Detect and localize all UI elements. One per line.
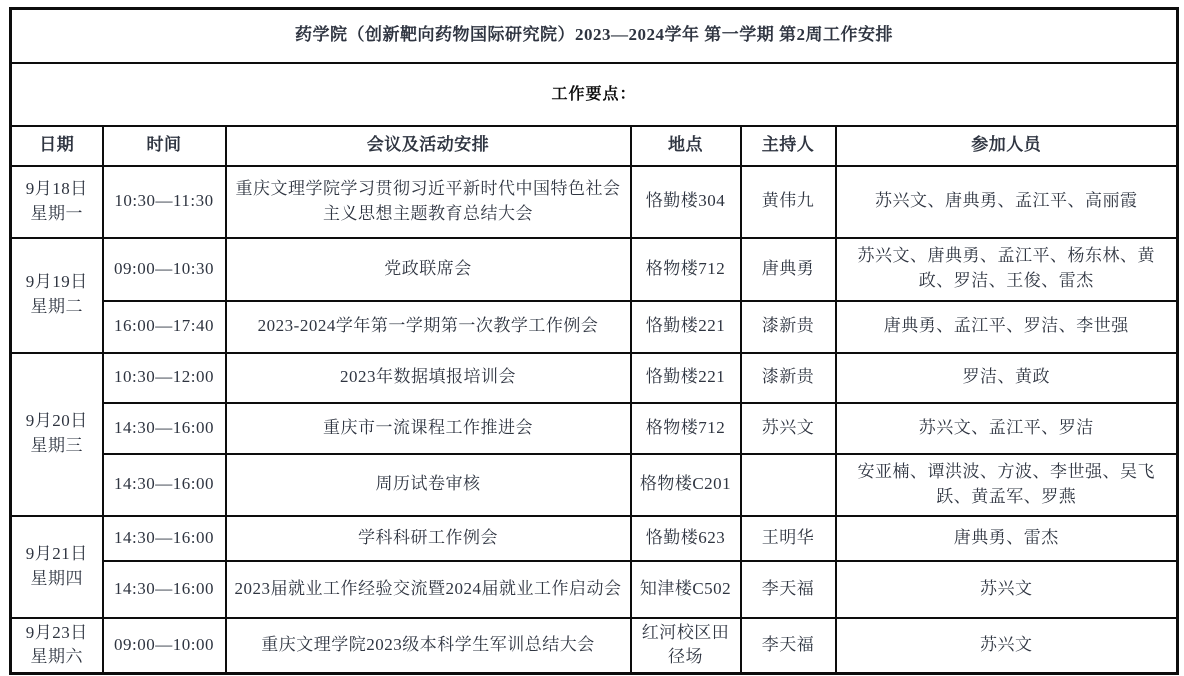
participants-cell: 苏兴文、唐典勇、孟江平、杨东林、黄政、罗洁、王俊、雷杰 bbox=[836, 238, 1178, 301]
host-cell: 唐典勇 bbox=[741, 238, 836, 301]
date-cell: 9月19日 星期二 bbox=[11, 238, 103, 353]
work-points-row: 工作要点： bbox=[11, 63, 1178, 126]
participants-cell: 苏兴文 bbox=[836, 561, 1178, 618]
meeting-cell: 周历试卷审核 bbox=[226, 454, 631, 516]
col-header-host: 主持人 bbox=[741, 126, 836, 166]
work-points-label: 工作要点： bbox=[552, 86, 637, 103]
participants-cell: 苏兴文、孟江平、罗洁 bbox=[836, 403, 1178, 454]
date-cell: 9月20日 星期三 bbox=[11, 353, 103, 516]
date-cell: 9月21日 星期四 bbox=[11, 516, 103, 618]
host-cell: 漆新贵 bbox=[741, 301, 836, 353]
meeting-cell: 2023届就业工作经验交流暨2024届就业工作启动会 bbox=[226, 561, 631, 618]
time-cell: 14:30—16:00 bbox=[103, 561, 226, 618]
time-cell: 14:30—16:00 bbox=[103, 454, 226, 516]
title-row: 药学院（创新靶向药物国际研究院）2023—2024学年 第一学期 第2周工作安排 bbox=[11, 9, 1178, 63]
table-row: 14:30—16:00 重庆市一流课程工作推进会 格物楼712 苏兴文 苏兴文、… bbox=[11, 403, 1178, 454]
time-cell: 10:30—11:30 bbox=[103, 166, 226, 238]
location-cell: 恪勤楼623 bbox=[631, 516, 741, 561]
participants-cell: 唐典勇、雷杰 bbox=[836, 516, 1178, 561]
time-cell: 09:00—10:00 bbox=[103, 618, 226, 674]
host-cell: 漆新贵 bbox=[741, 353, 836, 403]
col-header-meeting: 会议及活动安排 bbox=[226, 126, 631, 166]
table-row: 16:00—17:40 2023-2024学年第一学期第一次教学工作例会 恪勤楼… bbox=[11, 301, 1178, 353]
table-row: 9月23日 星期六 09:00—10:00 重庆文理学院2023级本科学生军训总… bbox=[11, 618, 1178, 674]
meeting-cell: 党政联席会 bbox=[226, 238, 631, 301]
host-cell bbox=[741, 454, 836, 516]
time-cell: 09:00—10:30 bbox=[103, 238, 226, 301]
location-cell: 恪勤楼221 bbox=[631, 353, 741, 403]
location-cell: 红河校区田径场 bbox=[631, 618, 741, 674]
table-row: 14:30—16:00 周历试卷审核 格物楼C201 安亚楠、谭洪波、方波、李世… bbox=[11, 454, 1178, 516]
date-cell: 9月23日 星期六 bbox=[11, 618, 103, 674]
schedule-table: 药学院（创新靶向药物国际研究院）2023—2024学年 第一学期 第2周工作安排… bbox=[9, 7, 1179, 675]
table-row: 9月20日 星期三 10:30—12:00 2023年数据填报培训会 恪勤楼22… bbox=[11, 353, 1178, 403]
meeting-cell: 学科科研工作例会 bbox=[226, 516, 631, 561]
table-row: 9月21日 星期四 14:30—16:00 学科科研工作例会 恪勤楼623 王明… bbox=[11, 516, 1178, 561]
location-cell: 恪勤楼221 bbox=[631, 301, 741, 353]
col-header-date: 日期 bbox=[11, 126, 103, 166]
meeting-cell: 重庆文理学院2023级本科学生军训总结大会 bbox=[226, 618, 631, 674]
participants-cell: 唐典勇、孟江平、罗洁、李世强 bbox=[836, 301, 1178, 353]
participants-cell: 苏兴文、唐典勇、孟江平、高丽霞 bbox=[836, 166, 1178, 238]
time-cell: 14:30—16:00 bbox=[103, 516, 226, 561]
participants-cell: 安亚楠、谭洪波、方波、李世强、吴飞跃、黄孟军、罗燕 bbox=[836, 454, 1178, 516]
time-cell: 14:30—16:00 bbox=[103, 403, 226, 454]
header-row: 日期 时间 会议及活动安排 地点 主持人 参加人员 bbox=[11, 126, 1178, 166]
meeting-cell: 重庆市一流课程工作推进会 bbox=[226, 403, 631, 454]
meeting-cell: 2023-2024学年第一学期第一次教学工作例会 bbox=[226, 301, 631, 353]
work-points-cell: 工作要点： bbox=[11, 63, 1178, 126]
location-cell: 知津楼C502 bbox=[631, 561, 741, 618]
table-row: 9月18日 星期一 10:30—11:30 重庆文理学院学习贯彻习近平新时代中国… bbox=[11, 166, 1178, 238]
host-cell: 王明华 bbox=[741, 516, 836, 561]
time-cell: 16:00—17:40 bbox=[103, 301, 226, 353]
location-cell: 格物楼C201 bbox=[631, 454, 741, 516]
table-row: 14:30—16:00 2023届就业工作经验交流暨2024届就业工作启动会 知… bbox=[11, 561, 1178, 618]
col-header-time: 时间 bbox=[103, 126, 226, 166]
host-cell: 黄伟九 bbox=[741, 166, 836, 238]
time-cell: 10:30—12:00 bbox=[103, 353, 226, 403]
schedule-document: 药学院（创新靶向药物国际研究院）2023—2024学年 第一学期 第2周工作安排… bbox=[0, 0, 1184, 676]
participants-cell: 罗洁、黄政 bbox=[836, 353, 1178, 403]
host-cell: 李天福 bbox=[741, 561, 836, 618]
location-cell: 恪勤楼304 bbox=[631, 166, 741, 238]
table-row: 9月19日 星期二 09:00—10:30 党政联席会 格物楼712 唐典勇 苏… bbox=[11, 238, 1178, 301]
col-header-location: 地点 bbox=[631, 126, 741, 166]
location-cell: 格物楼712 bbox=[631, 403, 741, 454]
meeting-cell: 2023年数据填报培训会 bbox=[226, 353, 631, 403]
host-cell: 李天福 bbox=[741, 618, 836, 674]
meeting-cell: 重庆文理学院学习贯彻习近平新时代中国特色社会主义思想主题教育总结大会 bbox=[226, 166, 631, 238]
col-header-participants: 参加人员 bbox=[836, 126, 1178, 166]
document-title: 药学院（创新靶向药物国际研究院）2023—2024学年 第一学期 第2周工作安排 bbox=[11, 9, 1178, 63]
location-cell: 格物楼712 bbox=[631, 238, 741, 301]
host-cell: 苏兴文 bbox=[741, 403, 836, 454]
participants-cell: 苏兴文 bbox=[836, 618, 1178, 674]
date-cell: 9月18日 星期一 bbox=[11, 166, 103, 238]
